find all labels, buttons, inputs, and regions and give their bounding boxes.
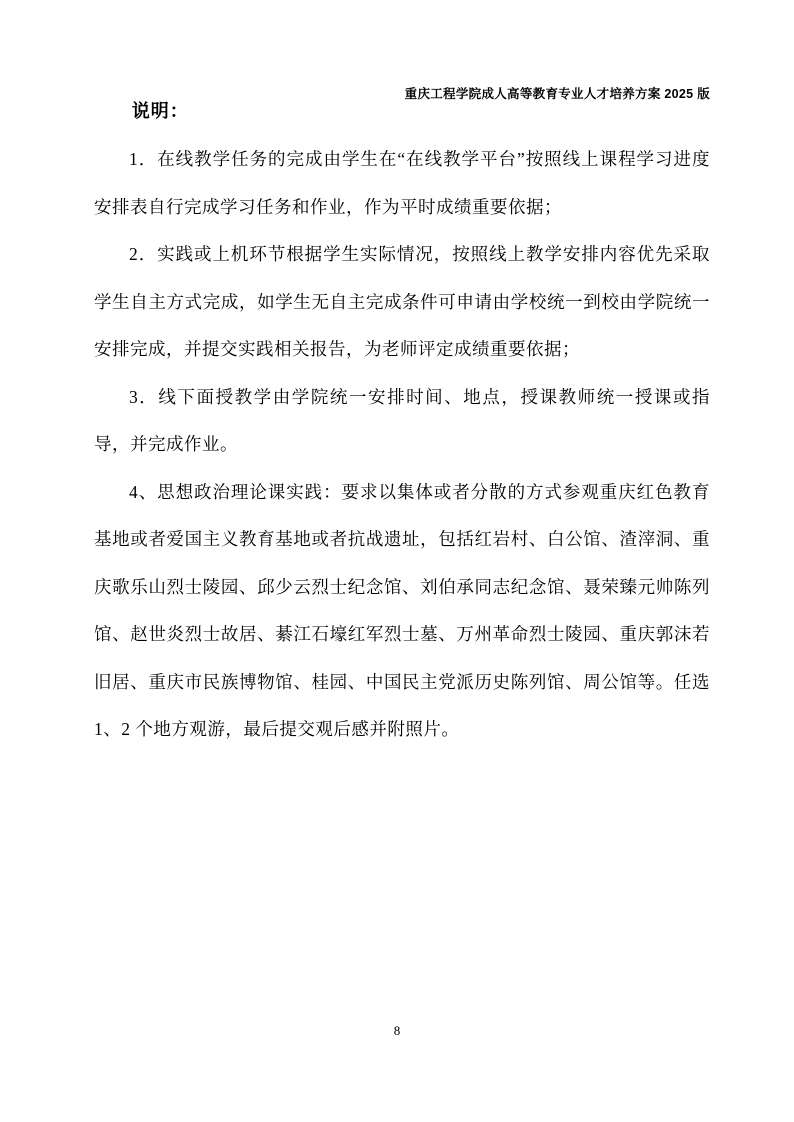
paragraph-3: 3．线下面授教学由学院统一安排时间、地点，授课教师统一授课或指导，并完成作业。 — [94, 374, 710, 469]
section-title: 说明： — [94, 99, 710, 124]
page-number: 8 — [0, 1023, 794, 1039]
paragraph-1: 1．在线教学任务的完成由学生在“在线教学平台”按照线上课程学习进度安排表自行完成… — [94, 136, 710, 231]
paragraph-4: 4、思想政治理论课实践：要求以集体或者分散的方式参观重庆红色教育基地或者爱国主义… — [94, 469, 710, 754]
document-body: 说明： 1．在线教学任务的完成由学生在“在线教学平台”按照线上课程学习进度安排表… — [94, 99, 710, 754]
document-page: 重庆工程学院成人高等教育专业人才培养方案 2025 版 说明： 1．在线教学任务… — [0, 0, 794, 1122]
paragraph-2: 2．实践或上机环节根据学生实际情况，按照线上教学安排内容优先采取学生自主方式完成… — [94, 231, 710, 374]
